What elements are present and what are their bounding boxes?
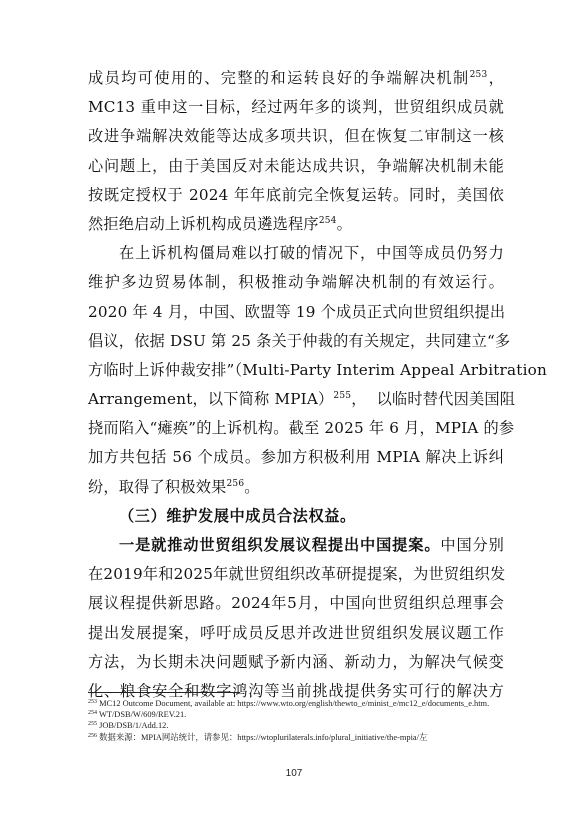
footnote-text: JOB/DSB/1/Add.12.	[99, 721, 168, 730]
footnote-number: 253	[88, 699, 97, 705]
text-span: ，	[487, 69, 504, 87]
text-line: 挠而陷入“瘫痪”的上诉机构。截至 2025 年 6 月，MPIA 的参	[88, 414, 504, 443]
text-span: Arrangement，以下简称 MPIA）	[88, 390, 333, 408]
section-heading: （三）维护发展中成员合法权益。	[88, 502, 504, 531]
footnote-254: 254 WT/DSB/W/609/REV.21.	[88, 709, 508, 720]
bold-lead: 一是就推动世贸组织发展议程提出中国提案。	[119, 536, 440, 554]
footnote-253: 253 MC12 Outcome Document, available at:…	[88, 698, 508, 709]
footnote-text: WT/DSB/W/609/REV.21.	[99, 710, 186, 719]
footnote-number: 256	[88, 733, 97, 739]
text-line: 加方共包括 56 个成员。参加方积极利用 MPIA 解决上诉纠	[88, 443, 504, 472]
text-line: MC13 重申这一目标，经过两年多的谈判，世贸组织成员就	[88, 93, 504, 122]
footnotes: 253 MC12 Outcome Document, available at:…	[88, 698, 508, 743]
text-line: 纷，取得了积极效果256。	[88, 473, 504, 502]
body-text: 成员均可使用的、完整的和运转良好的争端解决机制253， MC13 重申这一目标，…	[88, 64, 504, 706]
document-page: 成员均可使用的、完整的和运转良好的争端解决机制253， MC13 重申这一目标，…	[0, 0, 588, 834]
text-span: ， 以临时替代因美国阻	[351, 390, 515, 408]
text-line: 维护多边贸易体制，积极推动争端解决机制的有效运行。	[88, 268, 504, 297]
footnote-ref-254[interactable]: 254	[319, 216, 337, 226]
text-line: 方法，为长期未决问题赋予新内涵、新动力，为解决气候变	[88, 648, 504, 677]
page-number: 107	[0, 768, 588, 779]
text-line: 倡议，依据 DSU 第 25 条关于仲裁的有关规定，共同建立“多	[88, 327, 504, 356]
footnote-number: 255	[88, 721, 97, 727]
text-line: 在2019年和2025年就世贸组织改革研提提案，为世贸组织发	[88, 560, 504, 589]
footnote-separator	[88, 692, 240, 693]
footnote-number: 254	[88, 710, 97, 716]
text-line: 方临时上诉仲裁安排”（Multi-Party Interim Appeal Ar…	[88, 356, 504, 385]
text-span: 。	[244, 478, 259, 496]
footnote-ref-256[interactable]: 256	[227, 479, 245, 489]
text-line: 成员均可使用的、完整的和运转良好的争端解决机制253，	[88, 64, 504, 93]
text-line: 在上诉机构僵局难以打破的情况下，中国等成员仍努力	[88, 239, 504, 268]
text-line: 2020 年 4 月，中国、欧盟等 19 个成员正式向世贸组织提出	[88, 298, 504, 327]
footnote-text[interactable]: MC12 Outcome Document, available at: htt…	[99, 699, 489, 708]
footnote-256: 256 数据来源：MPIA网站统计，请参见：https://wtoplurila…	[88, 732, 508, 743]
text-line: 展议程提供新思路。2024年5月，中国向世贸组织总理事会	[88, 589, 504, 618]
footnote-ref-253[interactable]: 253	[470, 70, 488, 80]
text-span: 成员均可使用的、完整的和运转良好的争端解决机制	[88, 69, 470, 87]
text-line: 提出发展提案，呼吁成员反思并改进世贸组织发展议题工作	[88, 619, 504, 648]
text-line: 改进争端解决效能等达成多项共识，但在恢复二审制这一核	[88, 122, 504, 151]
text-line: 心问题上，由于美国反对未能达成共识，争端解决机制未能	[88, 152, 504, 181]
text-span: 然拒绝启动上诉机构成员遴选程序	[88, 215, 319, 233]
text-span: 。	[337, 215, 352, 233]
text-line: 然拒绝启动上诉机构成员遴选程序254。	[88, 210, 504, 239]
text-span: 中国分别	[440, 536, 504, 554]
text-span: 纷，取得了积极效果	[88, 478, 227, 496]
footnote-ref-255[interactable]: 255	[333, 391, 351, 401]
text-line: Arrangement，以下简称 MPIA）255， 以临时替代因美国阻	[88, 385, 504, 414]
text-line: 按既定授权于 2024 年年底前完全恢复运转。同时，美国依	[88, 181, 504, 210]
footnote-text[interactable]: 数据来源：MPIA网站统计，请参见：https://wtoplurilatera…	[99, 733, 427, 742]
text-line: 一是就推动世贸组织发展议程提出中国提案。中国分别	[88, 531, 504, 560]
footnote-255: 255 JOB/DSB/1/Add.12.	[88, 720, 508, 731]
